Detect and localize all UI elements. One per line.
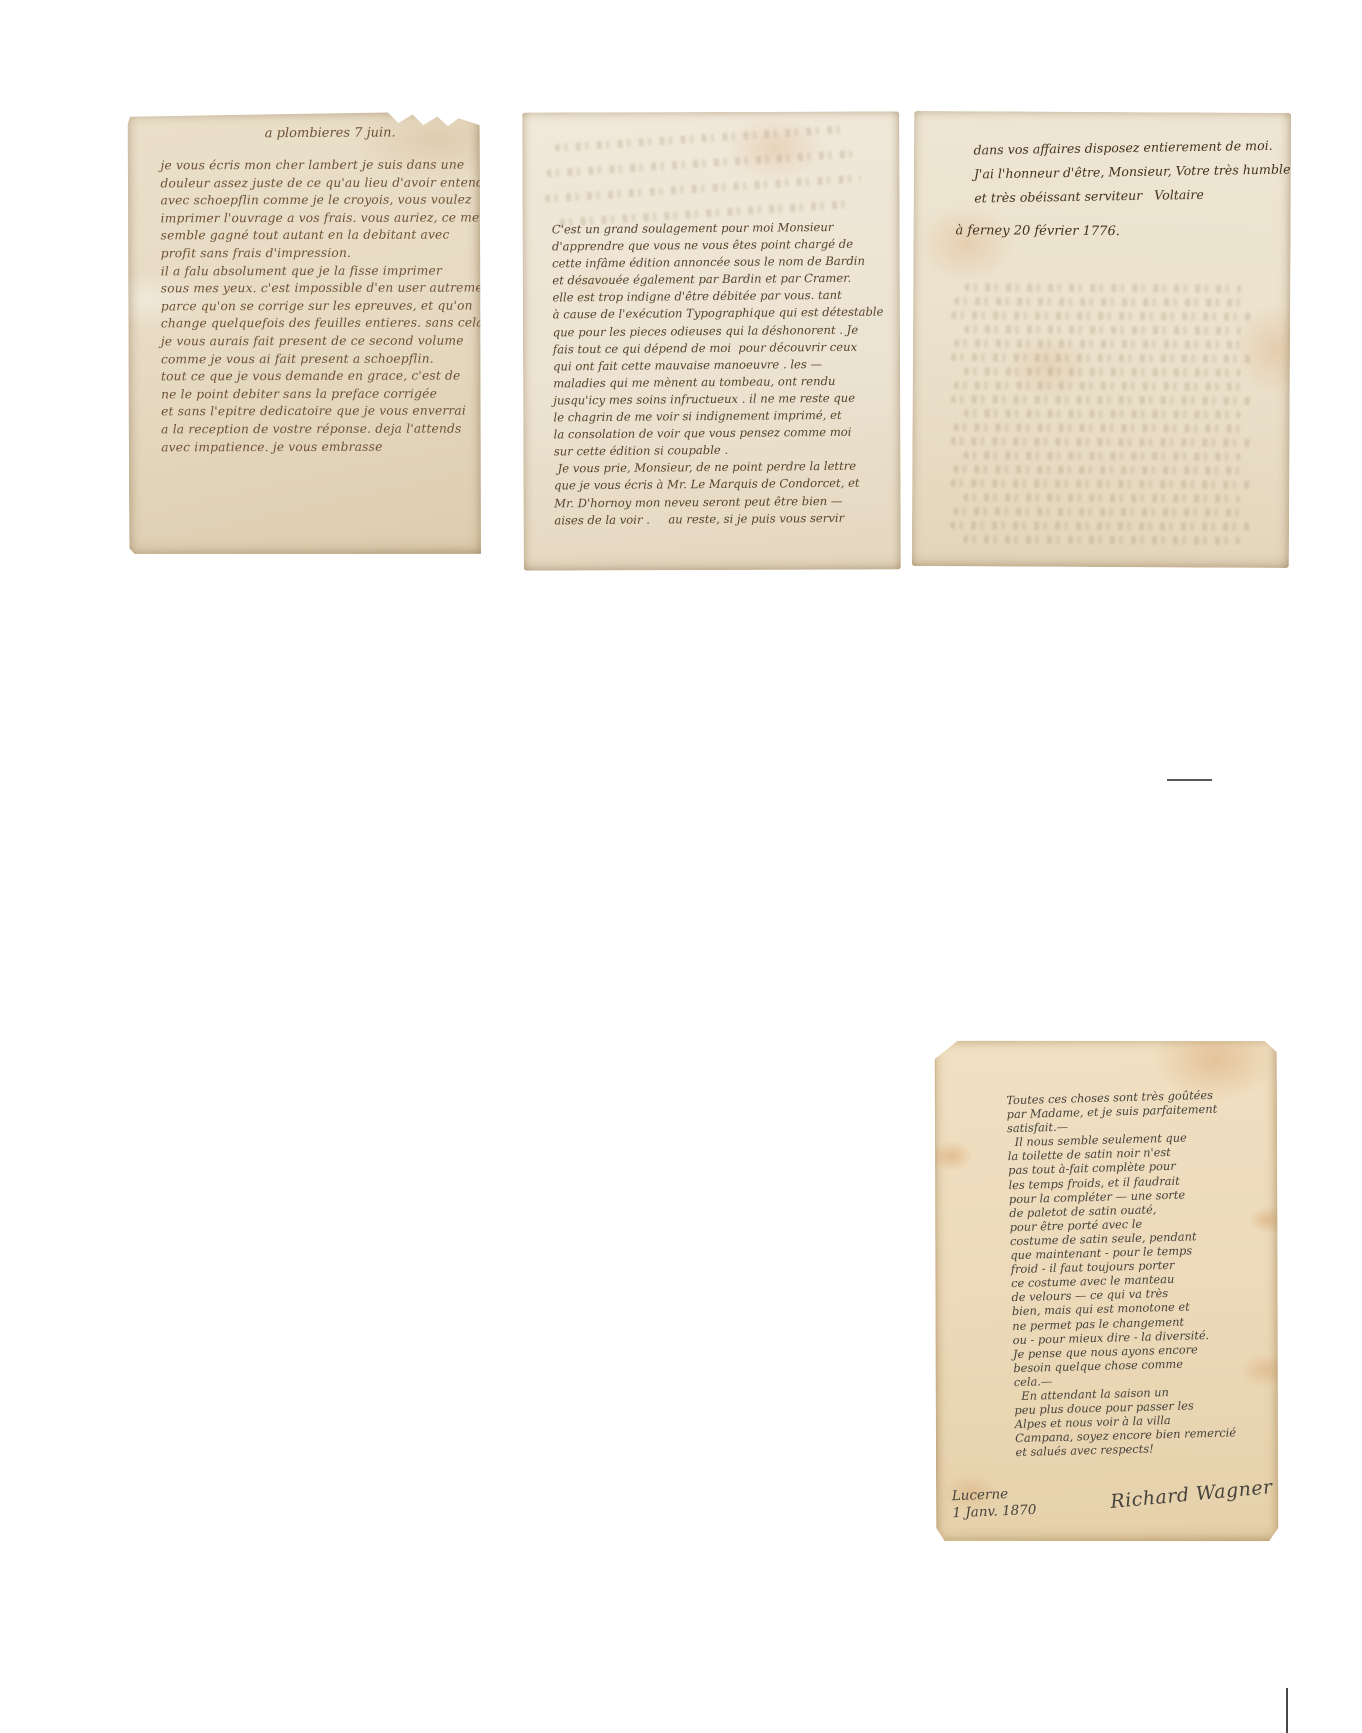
manuscript-letter-wagner-lucerne: Toutes ces choses sont très goûtéespar M… — [934, 1039, 1280, 1543]
show-through-text-line — [951, 353, 1253, 363]
show-through-text-line — [950, 437, 1252, 447]
show-through-text-line — [950, 479, 1252, 489]
manuscript-text-line: avec impatience. je vous embrasse — [161, 438, 469, 456]
show-through-text-line — [963, 493, 1240, 502]
manuscript-closing-block: dans vos affaires disposez entierement d… — [973, 134, 1274, 211]
manuscript-text-line: et sans l'epitre dedicatoire que je vous… — [161, 403, 469, 421]
show-through-text-line — [545, 174, 862, 202]
show-through-text-line — [951, 395, 1253, 405]
manuscript-text-line: je vous écris mon cher lambert je suis d… — [160, 157, 468, 175]
manuscript-signature: Richard Wagner — [1110, 1476, 1274, 1513]
show-through-text-line — [954, 339, 1247, 349]
show-through-text-line — [954, 297, 1247, 307]
manuscript-text-line: a la reception de vostre réponse. deja l… — [161, 420, 469, 438]
manuscript-text-line: J'ai l'honneur d'être, Monsieur, Votre t… — [974, 158, 1274, 187]
manuscript-text-line: avec schoepflin comme je le croyois, vou… — [161, 192, 469, 210]
manuscript-date-line: 1 Janv. 1870 — [952, 1502, 1037, 1522]
show-through-text-line — [555, 125, 845, 152]
manuscript-letter-plombieres: a plombieres 7 juin. je vous écris mon c… — [127, 112, 483, 556]
manuscript-text-line: profit sans frais d'impression. — [161, 245, 469, 263]
manuscript-text-line: douleur assez juste de ce qu'au lieu d'a… — [160, 174, 468, 192]
show-through-text-line — [951, 311, 1253, 321]
manuscript-letter-bardin-edition: C'est un grand soulagement pour moi Mons… — [522, 111, 901, 570]
show-through-text-line — [963, 451, 1240, 460]
manuscript-text-line: aises de la voir . au reste, si je puis … — [554, 509, 884, 529]
manuscript-text-line: tout ce que je vous demande en grace, c'… — [161, 368, 469, 386]
show-through-text-line — [963, 409, 1240, 418]
manuscript-text-line: comme je vous ai fait present a schoepfl… — [161, 350, 469, 368]
manuscript-text-block: je vous écris mon cher lambert je suis d… — [160, 157, 469, 457]
show-through-text-line — [963, 535, 1240, 544]
manuscript-heading: a plombieres 7 juin. — [265, 125, 396, 141]
manuscript-text-line: imprimer l'ouvrage a vos frais. vous aur… — [161, 209, 469, 227]
show-through-text-line — [950, 521, 1252, 531]
manuscript-text-line: que je vous écris à Mr. Le Marquis de Co… — [554, 475, 884, 495]
manuscript-letter-voltaire-signature: dans vos affaires disposez entierement d… — [912, 111, 1291, 568]
manuscript-text-line: la consolation de voir que vous pensez c… — [554, 424, 884, 444]
page-divider-dash — [1167, 779, 1212, 781]
show-through-text-line — [953, 465, 1246, 475]
manuscript-text-line: change quelquefois des feuilles entieres… — [161, 315, 469, 333]
show-through-text-line — [964, 283, 1241, 292]
manuscript-place-date: Lucerne 1 Janv. 1870 — [951, 1485, 1036, 1522]
manuscript-text-line: parce qu'on se corrige sur les epreuves,… — [161, 297, 469, 315]
manuscript-text-line: fais tout ce qui dépend de moi pour déco… — [553, 338, 883, 358]
show-through-text-line — [954, 423, 1247, 433]
manuscript-text-block: C'est un grand soulagement pour moi Mons… — [552, 219, 885, 530]
show-through-text-line — [964, 325, 1241, 334]
manuscript-text-line: ne le point debiter sans la preface corr… — [161, 385, 469, 403]
manuscript-text-line: sous mes yeux. c'est impossible d'en use… — [161, 280, 469, 298]
show-through-text-line — [546, 150, 853, 178]
manuscript-date-line: à ferney 20 février 1776. — [956, 223, 1120, 239]
show-through-block — [950, 283, 1266, 551]
manuscript-text-line: je vous aurais fait present de ce second… — [161, 332, 469, 350]
manuscript-text-line: et très obéissant serviteur Voltaire — [974, 182, 1274, 211]
show-through-text-line — [954, 381, 1247, 391]
show-through-text-line — [953, 507, 1246, 517]
manuscript-text-line: il a falu absolument que je la fisse imp… — [161, 262, 469, 280]
manuscript-text-line: semble gagné tout autant en la debitant … — [161, 227, 469, 245]
manuscript-text-block: Toutes ces choses sont très goûtéespar M… — [1006, 1087, 1268, 1460]
show-through-text-line — [963, 367, 1240, 376]
page-corner-crop-mark — [1286, 1688, 1288, 1733]
